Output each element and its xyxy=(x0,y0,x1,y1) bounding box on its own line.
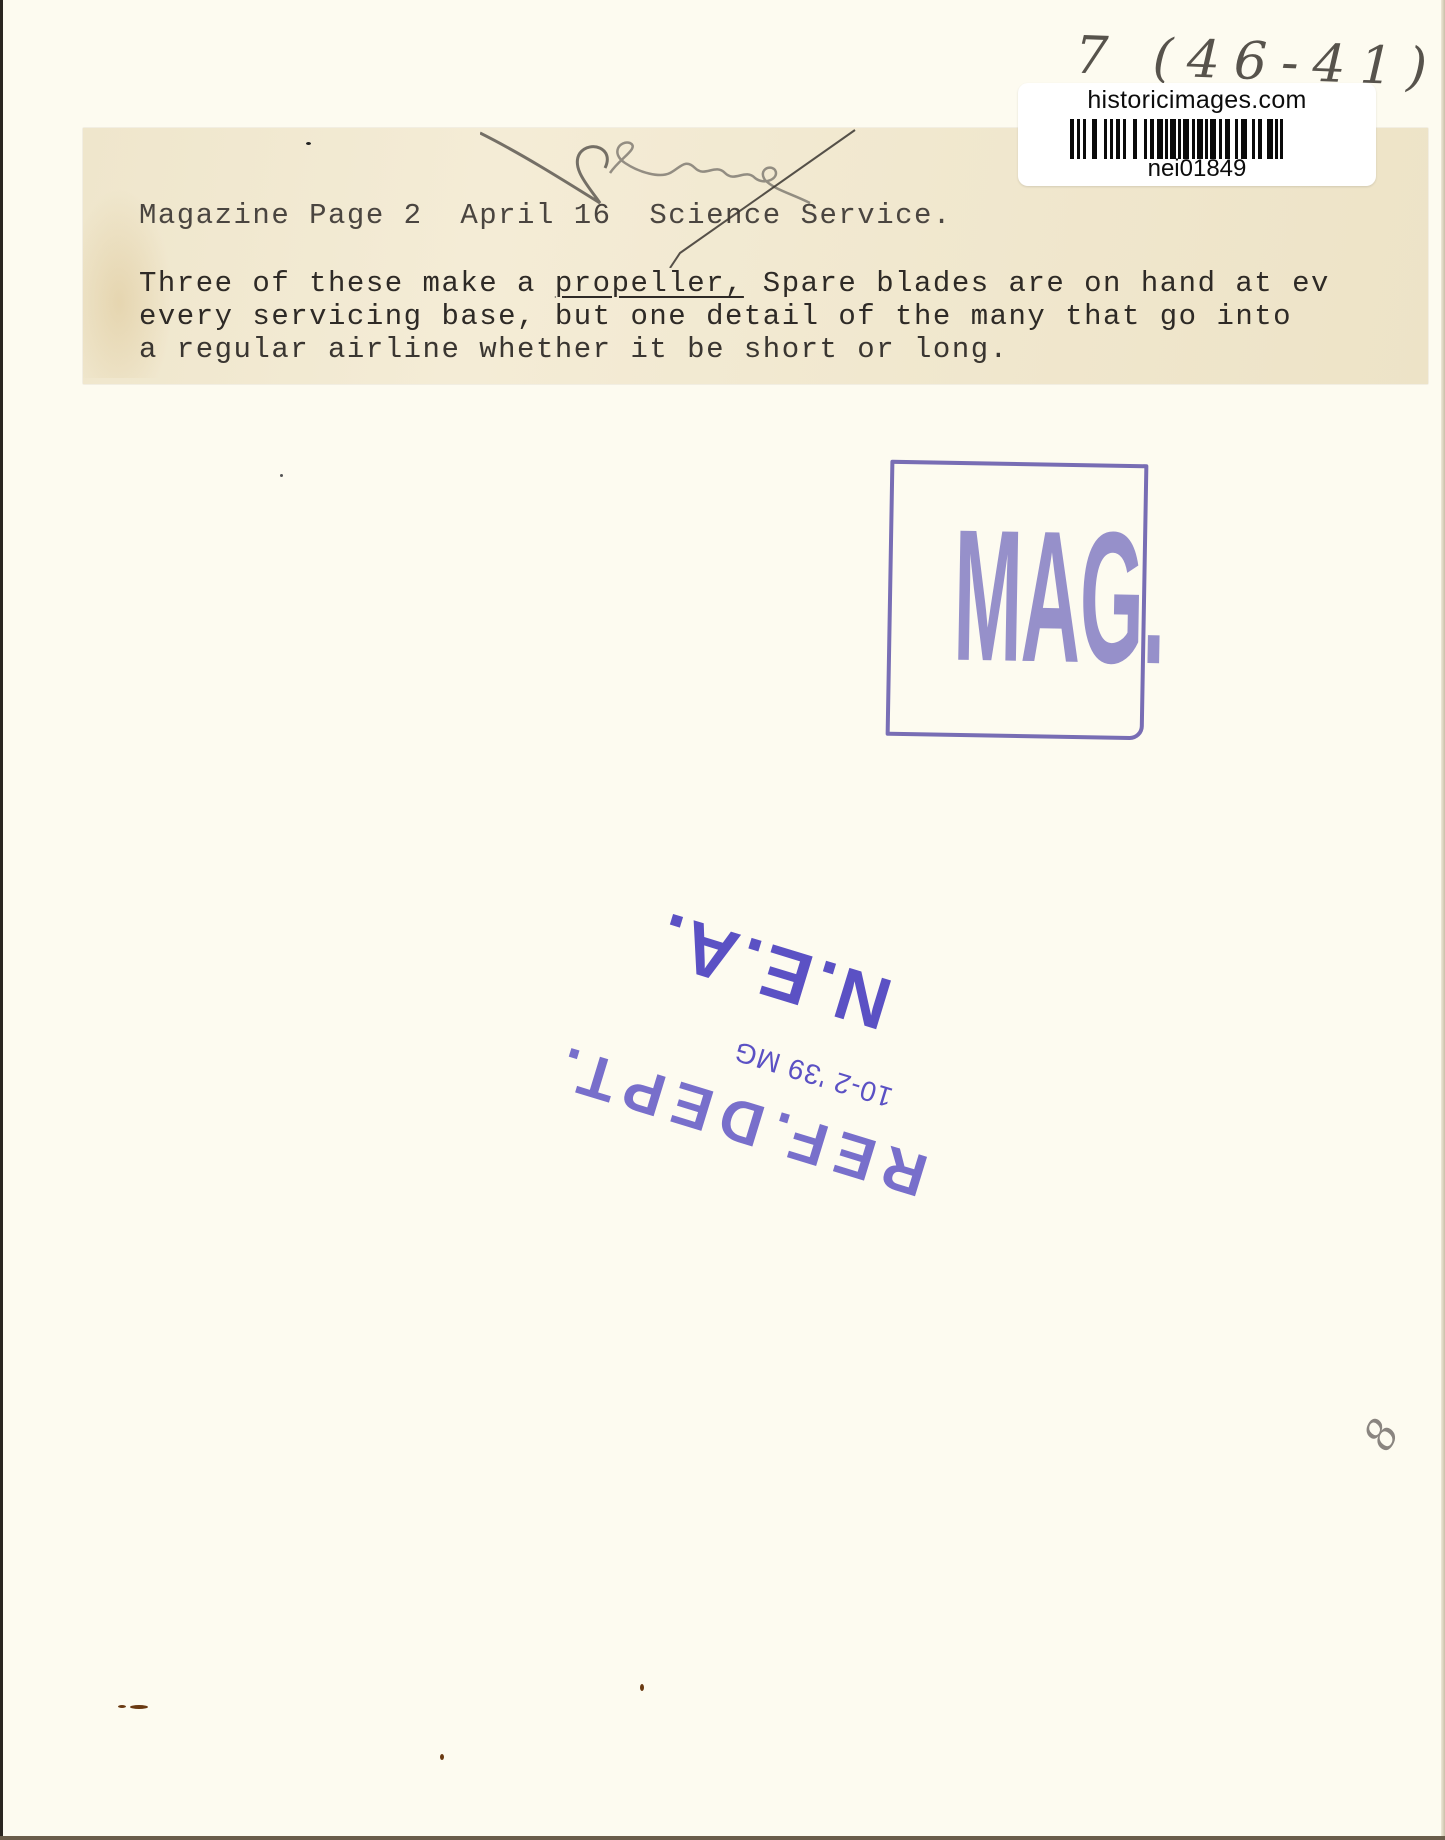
page-edge-bottom xyxy=(0,1836,1445,1840)
caption-body-line: Three of these make a propeller, Spare b… xyxy=(139,267,1330,300)
caption-text: Spare blades are on hand at ev xyxy=(744,267,1330,300)
speck xyxy=(130,1705,148,1709)
pencil-mark: 8 xyxy=(1353,1411,1409,1459)
caption-body-line: a regular airline whether it be short or… xyxy=(139,333,1009,366)
speck xyxy=(118,1705,126,1708)
barcode-icon xyxy=(1070,119,1328,159)
ref-dept-stamp: N.E.A. 10-2 '39 MG REF.DEPT. xyxy=(550,857,1010,1284)
mag-stamp: MAG. xyxy=(886,460,1149,740)
barcode-code-text: nei01849 xyxy=(1018,155,1376,183)
caption-header-line: Magazine Page 2 April 16 Science Service… xyxy=(139,199,952,232)
caption-text: Three of these make a xyxy=(139,267,555,300)
speck xyxy=(280,474,283,477)
nea-stamp-org: N.E.A. xyxy=(645,895,901,1047)
caption-underlined-word: propeller, xyxy=(555,267,744,300)
speck xyxy=(440,1754,444,1760)
barcode-label: historicimages.com nei01849 xyxy=(1018,83,1376,186)
page-edge-right xyxy=(1441,0,1445,1840)
mag-stamp-text: MAG. xyxy=(952,501,1082,691)
speck xyxy=(640,1684,644,1691)
speck xyxy=(306,142,311,145)
caption-body-line: every servicing base, but one detail of … xyxy=(139,300,1292,333)
page-edge-left xyxy=(0,0,3,1840)
barcode-site-text: historicimages.com xyxy=(1018,86,1376,115)
